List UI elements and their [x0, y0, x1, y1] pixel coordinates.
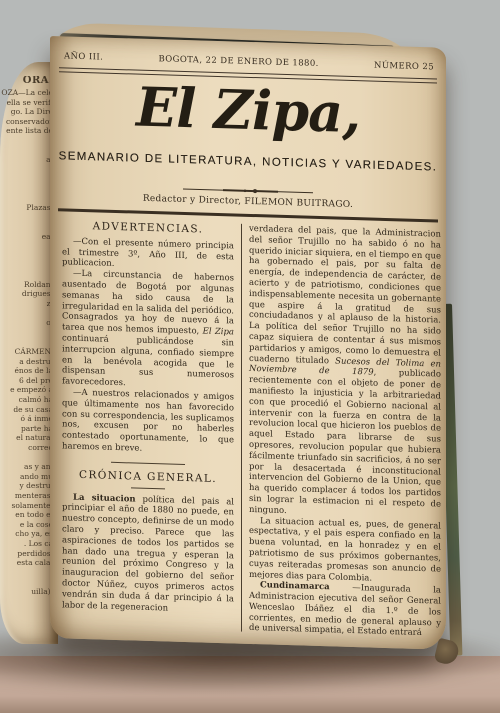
advertencias-heading: ADVERTENCIAS.	[62, 220, 234, 236]
right-column: verdadera del pais, que la Administracio…	[242, 224, 441, 638]
fragment-line	[0, 136, 53, 146]
section-divider	[111, 462, 185, 465]
fragment-line: y destrui	[0, 481, 53, 491]
fragment-line: ando mu	[0, 472, 53, 482]
fragment-line	[0, 337, 53, 347]
newspaper-page: AÑO III. BOGOTA, 22 DE ENERO DE 1880. NÚ…	[50, 36, 446, 650]
newspaper-title: El Zipa,	[50, 72, 446, 148]
fragment-line	[0, 328, 53, 338]
fragment-line: a destrui	[0, 357, 53, 367]
column-paragraph: verdadera del pais, que la Administracio…	[249, 224, 441, 521]
fragment-line: ó á inme	[0, 414, 53, 424]
fragment-line: e empezó á	[0, 385, 53, 395]
column-paragraph: Cundinamarca —Inaugurada la Administraci…	[249, 580, 441, 637]
fragment-line	[0, 165, 53, 175]
photograph-of-newspaper-page: ORA.OZA—La celeella se verifigo. La Dire…	[0, 0, 500, 713]
fragment-line: correo	[0, 443, 53, 453]
fragment-line	[0, 453, 53, 463]
fragment-line: 6 del pre	[0, 376, 53, 386]
fragment-line: conservador	[0, 117, 53, 127]
newspaper-subtitle: SEMANARIO DE LITERATURA, NOTICIAS Y VARI…	[50, 150, 446, 174]
fragment-line: menteras.	[0, 491, 53, 501]
left-column: ADVERTENCIAS. —Con el presente número pr…	[62, 218, 241, 631]
cronica-heading: CRÓNICA GENERAL.	[62, 469, 234, 485]
fragment-line	[0, 222, 53, 232]
column-paragraph: La situacion política del pais al princi…	[62, 492, 234, 616]
fragment-line: en todo el	[0, 510, 53, 520]
heading-divider	[131, 487, 165, 489]
fragment-line	[0, 261, 53, 271]
fragment-line: uilla).	[0, 587, 53, 597]
year-label: AÑO III.	[64, 51, 103, 62]
fragment-line	[0, 309, 53, 319]
column-paragraph: La situacion actual es, pues, de general…	[249, 515, 441, 585]
dateline: BOGOTA, 22 DE ENERO DE 1880.	[158, 54, 318, 69]
fragment-line: solamente,	[0, 501, 53, 511]
fragment-line: de su casa	[0, 405, 53, 415]
fragment-line	[0, 270, 53, 280]
fragment-line: OZA—La cele	[0, 88, 53, 98]
fragment-line: énos de la	[0, 366, 53, 376]
fragment-line: Plazas.	[0, 203, 53, 213]
fragment-line: el natural	[0, 433, 53, 443]
fragment-line: ente lista de	[0, 126, 53, 136]
issue-number: NÚMERO 25	[374, 61, 434, 73]
fragment-line: . Los ca	[0, 539, 53, 549]
fragment-line: cho ya, es	[0, 529, 53, 539]
column-paragraph: —Con el presente número principia el tri…	[62, 236, 234, 273]
fragment-line: CÁRMEN.	[0, 347, 53, 357]
fragment-line: as y ani	[0, 462, 53, 472]
fragment-line	[0, 568, 53, 578]
fragment-line: ORA.	[0, 76, 53, 88]
fragment-line	[0, 174, 53, 184]
fragment-line: calmó ha	[0, 395, 53, 405]
fragment-line: Roldan.	[0, 280, 53, 290]
fragment-line	[0, 577, 53, 587]
fragment-line: parte ha	[0, 424, 53, 434]
fragment-line: esta cala-	[0, 558, 53, 568]
column-paragraph: —La circunstancia de habernos ausentado …	[62, 269, 234, 393]
fragment-line: z.	[0, 299, 53, 309]
fragment-line: ella se verifi	[0, 98, 53, 108]
fragment-line: o.	[0, 318, 53, 328]
advertencias-paragraphs: —Con el presente número principia el tri…	[62, 236, 234, 457]
fragment-line: a.	[0, 155, 53, 165]
fragment-line	[0, 242, 53, 252]
fragment-line: perdidos.	[0, 549, 53, 559]
fragment-line	[0, 251, 53, 261]
fragment-line: drigues,	[0, 289, 53, 299]
fragment-line: ea.	[0, 232, 53, 242]
fragment-line	[0, 194, 53, 204]
column-area: ADVERTENCIAS. —Con el presente número pr…	[62, 218, 441, 637]
fragment-line	[0, 184, 53, 194]
fragment-line	[0, 146, 53, 156]
fragment-line	[0, 213, 53, 223]
cronica-paragraphs: La situacion política del pais al princi…	[62, 492, 234, 616]
fragment-line: go. La Dire	[0, 107, 53, 117]
column-paragraph: —A nuestros relacionados y amigos que úl…	[62, 387, 234, 457]
fragment-line: e la cose	[0, 520, 53, 530]
